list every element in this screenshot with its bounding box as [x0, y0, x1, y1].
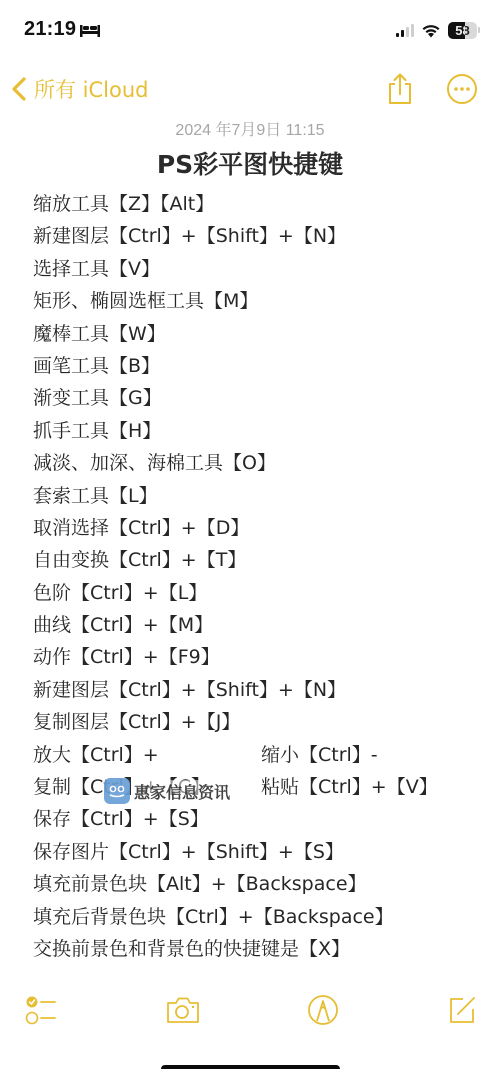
watermark: 惠家信息资讯 — [104, 778, 230, 804]
share-icon[interactable] — [386, 72, 414, 106]
note-line-text: 填充后背景色块【Ctrl】+【Backspace】 — [33, 906, 394, 928]
note-body[interactable]: 2024 年7月9日 11:15 PS彩平图快捷键 缩放工具【Z】【Alt】 新… — [0, 116, 500, 965]
watermark-text: 惠家信息资讯 — [134, 780, 230, 803]
camera-button[interactable] — [163, 990, 203, 1030]
note-line[interactable]: 保存图片【Ctrl】+【Shift】+【S】 — [33, 836, 500, 868]
note-line[interactable]: 填充前景色块【Alt】+【Backspace】 — [33, 868, 500, 900]
note-line[interactable]: 曲线【Ctrl】+【M】 — [33, 609, 500, 641]
note-line-text: 新建图层【Ctrl】+【Shift】+【N】 — [33, 225, 346, 247]
note-lines[interactable]: 缩放工具【Z】【Alt】 新建图层【Ctrl】+【Shift】+【N】 选择工具… — [0, 188, 500, 965]
camera-icon — [165, 995, 201, 1025]
note-line[interactable]: 放大【Ctrl】+ 缩小【Ctrl】- — [33, 739, 500, 771]
note-line[interactable]: 自由变换【Ctrl】+【T】 — [33, 544, 500, 576]
bottom-toolbar — [0, 990, 500, 1030]
note-line-text: 渐变工具【G】 — [33, 387, 162, 409]
note-line-text: 魔棒工具【W】 — [33, 323, 166, 345]
note-line[interactable]: 渐变工具【G】 — [33, 382, 500, 414]
checklist-button[interactable] — [20, 990, 60, 1030]
wifi-icon — [421, 23, 441, 38]
compose-button[interactable] — [442, 990, 482, 1030]
markup-button[interactable] — [303, 990, 343, 1030]
note-title[interactable]: PS彩平图快捷键 — [0, 146, 500, 184]
note-line-text: 抓手工具【H】 — [33, 420, 161, 442]
note-line-text: 减淡、加深、海棉工具【O】 — [33, 452, 276, 474]
notes-screen: 21:19 58 — [0, 0, 500, 1069]
note-line[interactable]: 交换前景色和背景色的快捷键是【X】 — [33, 933, 500, 965]
note-line-text: 放大【Ctrl】+ — [33, 744, 159, 766]
note-line-text: 矩形、椭圆选框工具【M】 — [33, 290, 258, 312]
bed-icon — [80, 23, 100, 37]
status-time: 21:19 — [24, 18, 76, 41]
note-line-text: 自由变换【Ctrl】+【T】 — [33, 549, 246, 571]
note-line[interactable]: 动作【Ctrl】+【F9】 — [33, 641, 500, 673]
ellipsis-circle-icon[interactable] — [446, 73, 478, 105]
nav-bar: 所有 iCloud — [0, 64, 500, 114]
note-date: 2024 年7月9日 11:15 — [0, 116, 500, 146]
note-line[interactable]: 选择工具【V】 — [33, 253, 500, 285]
note-line-text: 曲线【Ctrl】+【M】 — [33, 614, 213, 636]
compose-icon — [446, 994, 478, 1026]
note-line-text-col2: 粘贴【Ctrl】+【V】 — [261, 771, 438, 803]
note-line[interactable]: 画笔工具【B】 — [33, 350, 500, 382]
status-indicators: 58 — [396, 20, 480, 40]
note-line-text: 新建图层【Ctrl】+【Shift】+【N】 — [33, 679, 346, 701]
note-line[interactable]: 缩放工具【Z】【Alt】 — [33, 188, 500, 220]
note-line[interactable]: 取消选择【Ctrl】+【D】 — [33, 512, 500, 544]
chevron-left-icon — [10, 76, 28, 102]
note-line-text: 取消选择【Ctrl】+【D】 — [33, 517, 249, 539]
note-line-text: 动作【Ctrl】+【F9】 — [33, 646, 220, 668]
note-line-text: 保存【Ctrl】+【S】 — [33, 808, 209, 830]
home-indicator[interactable] — [161, 1065, 340, 1069]
note-line[interactable]: 减淡、加深、海棉工具【O】 — [33, 447, 500, 479]
note-line[interactable]: 魔棒工具【W】 — [33, 318, 500, 350]
note-line[interactable]: 套索工具【L】 — [33, 480, 500, 512]
battery-level: 58 — [455, 23, 469, 38]
markup-pen-icon — [307, 994, 339, 1026]
note-line[interactable]: 色阶【Ctrl】+【L】 — [33, 577, 500, 609]
note-line-text: 复制图层【Ctrl】+【J】 — [33, 711, 240, 733]
note-line-text: 色阶【Ctrl】+【L】 — [33, 582, 207, 604]
note-line[interactable]: 填充后背景色块【Ctrl】+【Backspace】 — [33, 901, 500, 933]
battery-indicator: 58 — [448, 22, 480, 39]
note-line[interactable]: 抓手工具【H】 — [33, 415, 500, 447]
note-line[interactable]: 保存【Ctrl】+【S】 — [33, 803, 500, 835]
note-line-text: 缩放工具【Z】【Alt】 — [33, 193, 214, 215]
note-line[interactable]: 新建图层【Ctrl】+【Shift】+【N】 — [33, 220, 500, 252]
watermark-logo-icon — [104, 778, 130, 804]
note-line-text: 交换前景色和背景色的快捷键是【X】 — [33, 938, 350, 960]
note-line[interactable]: 矩形、椭圆选框工具【M】 — [33, 285, 500, 317]
note-line[interactable]: 新建图层【Ctrl】+【Shift】+【N】 — [33, 674, 500, 706]
nav-actions — [386, 72, 478, 106]
note-line-text: 套索工具【L】 — [33, 485, 158, 507]
status-bar: 21:19 58 — [0, 0, 500, 60]
note-line-text: 画笔工具【B】 — [33, 355, 160, 377]
note-line[interactable]: 复制图层【Ctrl】+【J】 — [33, 706, 500, 738]
back-button[interactable]: 所有 iCloud — [10, 74, 149, 104]
note-line-text: 保存图片【Ctrl】+【Shift】+【S】 — [33, 841, 344, 863]
note-line-text: 选择工具【V】 — [33, 258, 160, 280]
cellular-signal-icon — [396, 24, 414, 37]
back-button-label: 所有 iCloud — [34, 74, 149, 104]
checklist-icon — [22, 993, 58, 1027]
note-line-text-col2: 缩小【Ctrl】- — [261, 739, 378, 771]
note-line-text: 填充前景色块【Alt】+【Backspace】 — [33, 873, 367, 895]
